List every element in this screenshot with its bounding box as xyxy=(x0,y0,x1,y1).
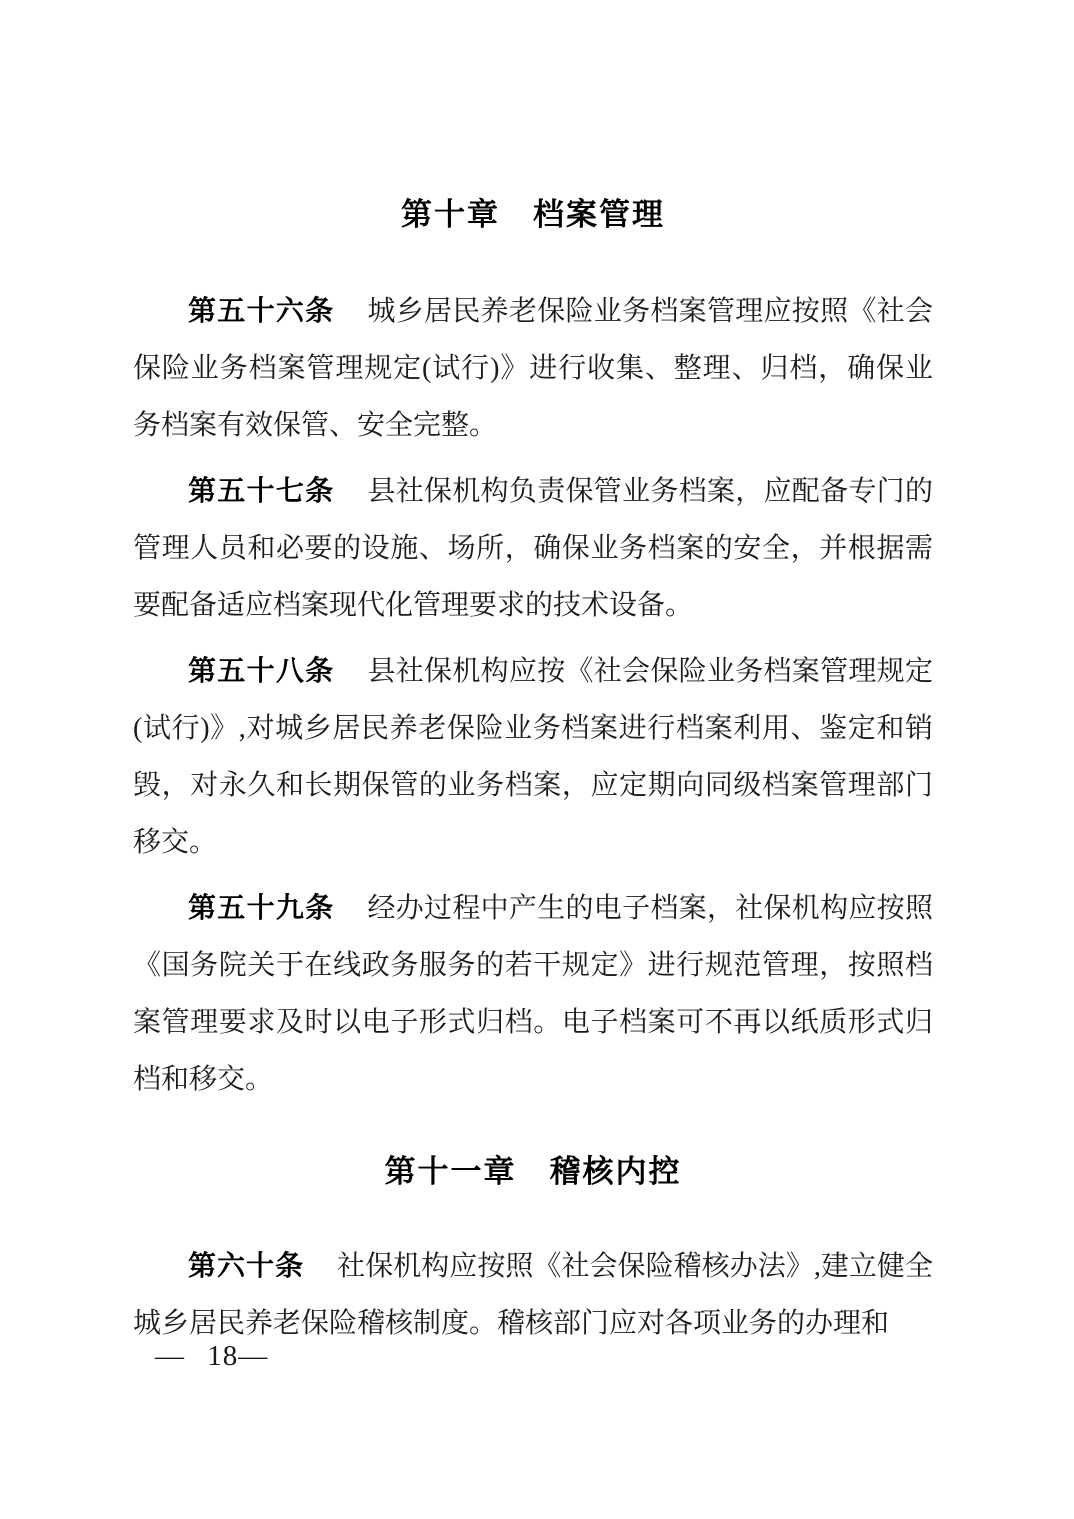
article-58: 第五十八条县社保机构应按《社会保险业务档案管理规定(试行)》,对城乡居民养老保险… xyxy=(133,642,933,871)
document-content: 第十章 档案管理 第五十六条城乡居民养老保险业务档案管理应按照《社会保险业务档案… xyxy=(133,197,933,1360)
article-57: 第五十七条县社保机构负责保管业务档案，应配备专门的管理人员和必要的设施、场所，确… xyxy=(133,462,933,634)
article-59-text: 经办过程中产生的电子档案，社保机构应按照《国务院关于在线政务服务的若干规定》进行… xyxy=(133,893,933,1095)
page-number: — 18— xyxy=(155,1338,268,1374)
article-60: 第六十条社保机构应按照《社会保险稽核办法》,建立健全城乡居民养老保险稽核制度。稽… xyxy=(133,1237,933,1352)
document-page: 第十章 档案管理 第五十六条城乡居民养老保险业务档案管理应按照《社会保险业务档案… xyxy=(0,0,1074,1519)
chapter-11-heading: 第十一章 稽核内控 xyxy=(133,1154,933,1190)
article-56-label: 第五十六条 xyxy=(188,295,334,326)
chapter-10-heading: 第十章 档案管理 xyxy=(133,197,933,233)
article-58-label: 第五十八条 xyxy=(188,655,334,686)
article-60-label: 第六十条 xyxy=(188,1250,304,1281)
article-59-label: 第五十九条 xyxy=(188,892,334,923)
article-58-text: 县社保机构应按《社会保险业务档案管理规定(试行)》,对城乡居民养老保险业务档案进… xyxy=(133,656,933,858)
article-59: 第五十九条经办过程中产生的电子档案，社保机构应按照《国务院关于在线政务服务的若干… xyxy=(133,879,933,1108)
article-57-label: 第五十七条 xyxy=(188,475,334,506)
article-56: 第五十六条城乡居民养老保险业务档案管理应按照《社会保险业务档案管理规定(试行)》… xyxy=(133,282,933,454)
